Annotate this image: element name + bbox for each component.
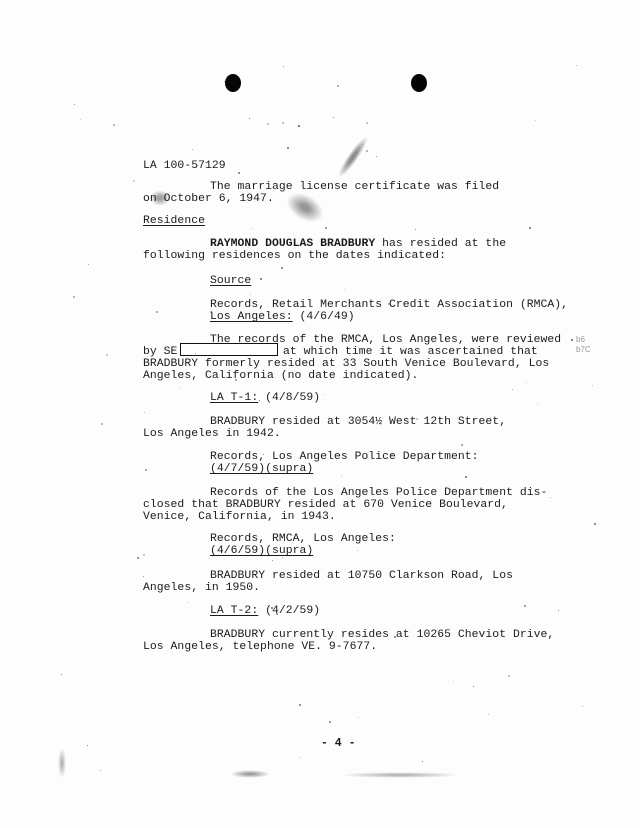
photocopy-speck	[263, 454, 264, 455]
photocopy-speck	[299, 704, 301, 706]
paragraph-text: BRADBURY currently resides at 10265 Chev…	[210, 629, 554, 641]
photocopy-speck	[576, 65, 577, 66]
photocopy-speck	[192, 149, 193, 150]
photocopy-speck	[101, 423, 103, 425]
exemption-note: b7C	[576, 345, 591, 354]
photocopy-speck	[362, 144, 363, 145]
photocopy-speck	[74, 104, 75, 105]
paragraph-text: Venice, California, in 1943.	[143, 511, 336, 523]
photocopy-speck	[571, 339, 573, 341]
photocopy-speck	[272, 560, 273, 561]
photocopy-speck	[252, 228, 253, 229]
photocopy-speck	[537, 403, 538, 404]
photocopy-speck	[416, 418, 418, 420]
source-citation: Records, Los Angeles Police Department:	[210, 451, 479, 463]
ink-smudge	[335, 134, 372, 181]
photocopy-speck	[526, 382, 527, 383]
photocopy-speck	[235, 379, 237, 381]
photocopy-speck	[366, 122, 368, 124]
source-citation: LA T-2: (4/2/59)	[210, 605, 320, 617]
paragraph-text: Angeles, in 1950.	[143, 582, 260, 594]
paragraph-text: BRADBURY formerly resided at 33 South Ve…	[143, 358, 549, 370]
paragraph-text-fragment: has resided at the	[375, 238, 506, 250]
photocopy-speck	[80, 119, 81, 120]
paragraph-text: following residences on the dates indica…	[143, 250, 446, 262]
photocopy-speck	[276, 613, 278, 615]
source-citation: (4/7/59)(supra)	[210, 463, 313, 475]
source-citation: LA T-1: (4/8/59)	[210, 392, 320, 404]
source-date: (4/8/59)	[258, 392, 320, 404]
photocopy-speck	[337, 85, 339, 87]
paragraph-text: on October 6, 1947.	[143, 193, 274, 205]
exemption-note: b6	[576, 335, 585, 344]
photocopy-speck	[461, 444, 463, 446]
source-label: Los Angeles:	[210, 311, 293, 323]
photocopy-speck	[388, 303, 390, 305]
photocopy-speck	[405, 255, 407, 257]
photocopy-speck	[144, 412, 145, 413]
photocopy-speck	[508, 675, 510, 677]
photocopy-speck	[391, 454, 393, 456]
redaction-box	[180, 343, 278, 356]
photocopy-speck	[333, 117, 334, 118]
paragraph-text: RAYMOND DOUGLAS BRADBURY has resided at …	[210, 238, 506, 250]
paragraph-text: closed that BRADBURY resided at 670 Veni…	[143, 499, 508, 511]
photocopy-speck	[439, 634, 440, 635]
document-page: LA 100-57129 The marriage license certif…	[0, 0, 640, 828]
ink-smudge	[340, 772, 460, 778]
photocopy-speck	[394, 636, 396, 638]
page-number: - 4 -	[321, 737, 356, 750]
punch-hole-icon	[225, 74, 241, 92]
photocopy-speck	[267, 123, 269, 125]
paragraph-text: Records of the Los Angeles Police Depart…	[210, 487, 547, 499]
photocopy-speck	[488, 714, 489, 715]
photocopy-speck	[210, 311, 212, 313]
paragraph-text: by SE	[143, 346, 177, 358]
photocopy-speck	[260, 278, 262, 280]
photocopy-speck	[529, 227, 531, 229]
paragraph-text: Los Angeles in 1942.	[143, 428, 281, 440]
photocopy-speck	[592, 385, 593, 386]
photocopy-speck	[187, 602, 188, 603]
source-citation: Records, Retail Merchants Credit Associa…	[210, 299, 568, 311]
photocopy-speck	[249, 313, 250, 314]
photocopy-speck	[281, 267, 283, 269]
source-label: LA T-2:	[210, 605, 258, 617]
photocopy-speck	[238, 172, 240, 174]
photocopy-speck	[195, 353, 196, 354]
photocopy-speck	[323, 394, 324, 395]
photocopy-speck	[249, 118, 250, 119]
photocopy-speck	[550, 497, 551, 498]
source-date: (4/2/59)	[258, 605, 320, 617]
photocopy-speck	[594, 523, 596, 525]
photocopy-speck	[113, 124, 115, 126]
paragraph-text: BRADBURY resided at 10750 Clarkson Road,…	[210, 570, 513, 582]
punch-hole-icon	[411, 74, 427, 92]
photocopy-speck	[329, 721, 331, 723]
photocopy-speck	[415, 229, 416, 230]
photocopy-speck	[271, 607, 273, 609]
photocopy-speck	[287, 147, 289, 149]
photocopy-speck	[106, 354, 108, 356]
photocopy-speck	[558, 610, 559, 611]
source-citation: Los Angeles: (4/6/49)	[210, 311, 355, 323]
photocopy-speck	[358, 717, 359, 718]
photocopy-speck	[357, 550, 358, 551]
photocopy-speck	[282, 122, 284, 124]
photocopy-speck	[145, 469, 147, 471]
photocopy-speck	[582, 706, 583, 707]
subject-name: RAYMOND DOUGLAS BRADBURY	[210, 238, 375, 250]
photocopy-speck	[283, 66, 284, 67]
photocopy-speck	[473, 686, 474, 687]
photocopy-speck	[133, 180, 135, 182]
photocopy-speck	[156, 311, 158, 313]
photocopy-speck	[299, 757, 300, 758]
photocopy-speck	[61, 674, 62, 675]
photocopy-speck	[73, 296, 75, 298]
photocopy-speck	[137, 557, 139, 559]
photocopy-speck	[100, 770, 101, 771]
source-citation: (4/6/59)(supra)	[210, 545, 313, 557]
photocopy-speck	[376, 156, 377, 157]
photocopy-speck	[227, 509, 228, 510]
source-label: LA T-1:	[210, 392, 258, 404]
photocopy-speck	[535, 120, 536, 121]
photocopy-speck	[453, 681, 454, 682]
photocopy-speck	[224, 81, 225, 82]
source-date: (4/6/49)	[293, 311, 355, 323]
paragraph-text: at which time it was ascertained that	[283, 346, 538, 358]
photocopy-speck	[259, 400, 260, 401]
photocopy-speck	[422, 761, 423, 762]
photocopy-speck	[143, 554, 145, 556]
photocopy-speck	[325, 227, 327, 229]
ink-smudge	[230, 770, 270, 778]
photocopy-speck	[531, 488, 532, 489]
paragraph-text: Los Angeles, telephone VE. 9-7677.	[143, 641, 377, 653]
photocopy-speck	[250, 294, 251, 295]
photocopy-speck	[344, 289, 345, 290]
paragraph-text: The marriage license certificate was fil…	[210, 181, 499, 193]
ink-smudge	[58, 748, 66, 778]
paragraph-text: Angeles, California (no date indicated).	[143, 370, 418, 382]
photocopy-speck	[341, 475, 342, 476]
photocopy-speck	[87, 745, 88, 746]
file-number: LA 100-57129	[143, 160, 226, 172]
photocopy-speck	[512, 389, 513, 390]
source-heading: Source	[210, 275, 251, 287]
section-heading: Residence	[143, 215, 205, 227]
photocopy-speck	[458, 306, 459, 307]
photocopy-speck	[246, 240, 248, 242]
photocopy-speck	[298, 125, 300, 127]
photocopy-speck	[282, 557, 283, 558]
photocopy-speck	[180, 388, 181, 389]
photocopy-speck	[465, 476, 467, 478]
photocopy-speck	[88, 264, 89, 265]
photocopy-speck	[143, 576, 144, 577]
photocopy-speck	[450, 489, 451, 490]
photocopy-speck	[180, 344, 181, 345]
photocopy-speck	[524, 605, 526, 607]
paragraph-text: BRADBURY resided at 3054½ West 12th Stre…	[210, 416, 506, 428]
photocopy-speck	[366, 150, 368, 152]
source-citation: Records, RMCA, Los Angeles:	[210, 533, 396, 545]
